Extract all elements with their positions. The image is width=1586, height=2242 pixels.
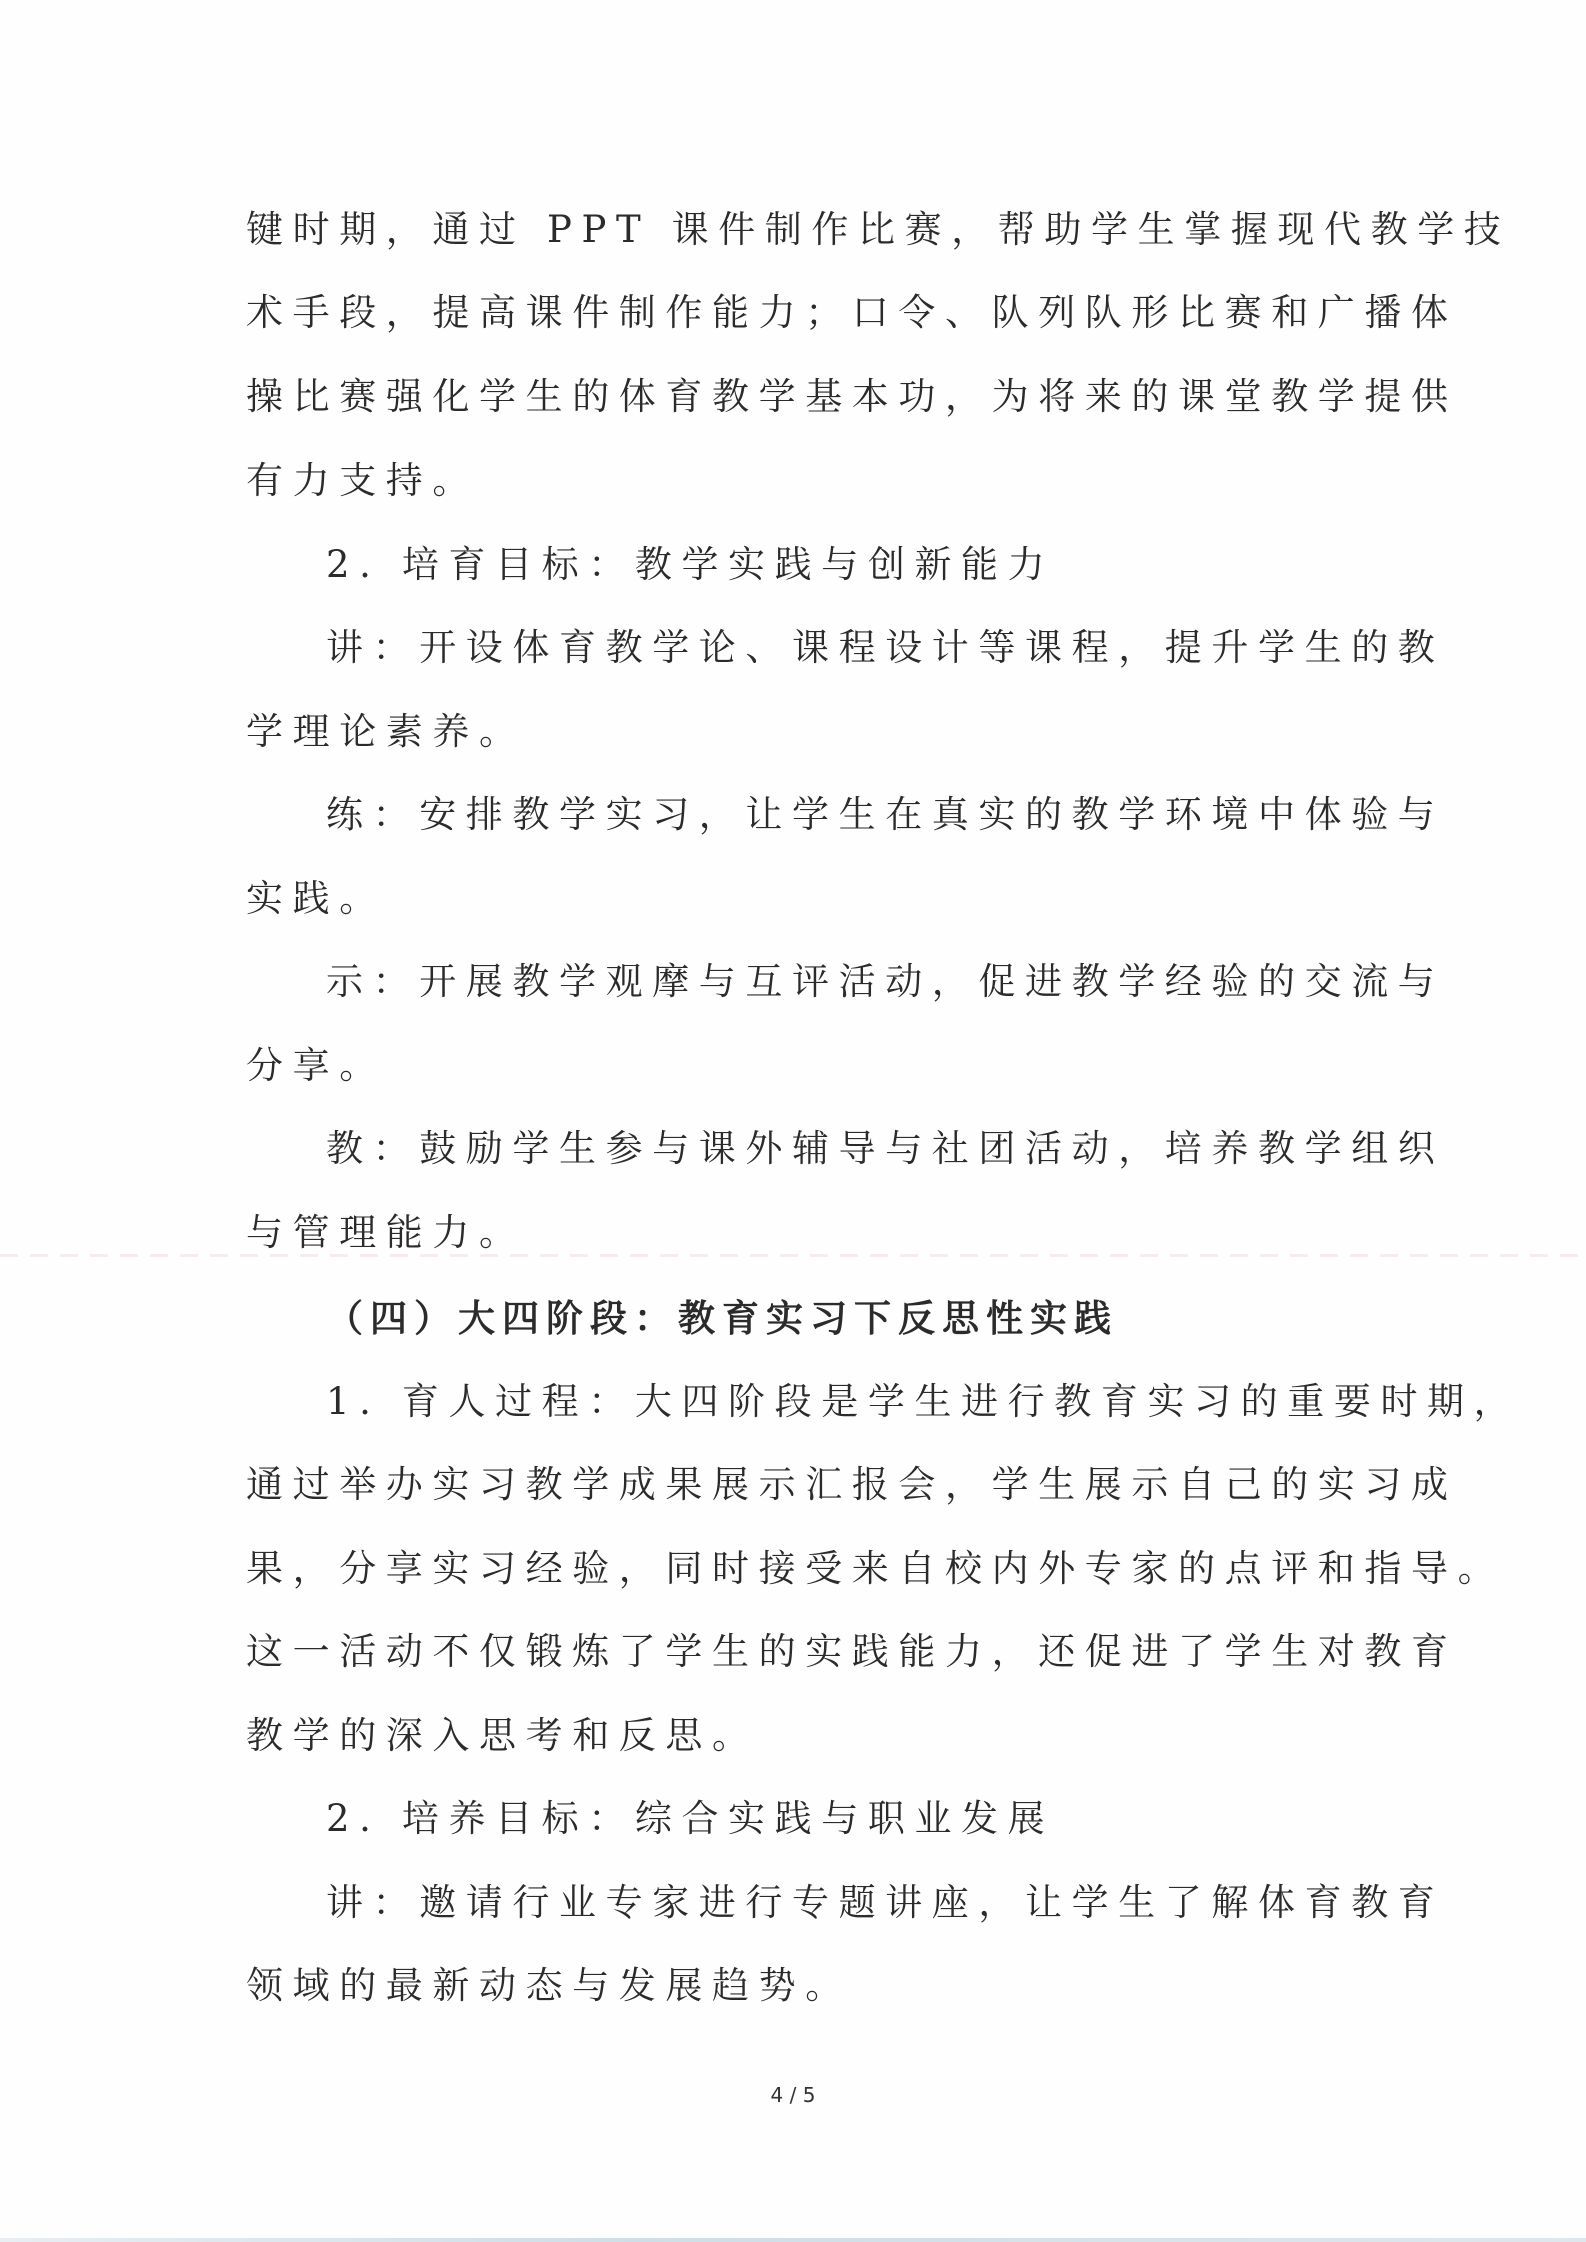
- body-text-line: 键时期，通过 PPT 课件制作比赛，帮助学生掌握现代教学技: [246, 206, 1356, 254]
- body-text-line: 术手段，提高课件制作能力；口令、队列队形比赛和广播体: [246, 289, 1356, 337]
- body-text-line: 讲：开设体育教学论、课程设计等课程，提升学生的教: [326, 624, 1436, 672]
- body-text-line: 分享。: [246, 1042, 1356, 1090]
- scan-artifact-line: [0, 1254, 1586, 1257]
- section-heading: （四）大四阶段：教育实习下反思性实践: [326, 1294, 1436, 1342]
- body-text-line: 学理论素养。: [246, 708, 1356, 756]
- body-text-line: 领域的最新动态与发展趋势。: [246, 1962, 1356, 2010]
- body-text-line: 教：鼓励学生参与课外辅导与社团活动，培养教学组织: [326, 1125, 1436, 1173]
- body-text-line: 1. 育人过程：大四阶段是学生进行教育实习的重要时期，: [326, 1378, 1436, 1426]
- body-text-line: 果，分享实习经验，同时接受来自校内外专家的点评和指导。: [246, 1545, 1356, 1593]
- body-text-line: 教学的深入思考和反思。: [246, 1712, 1356, 1760]
- document-page: 键时期，通过 PPT 课件制作比赛，帮助学生掌握现代教学技 术手段，提高课件制作…: [0, 0, 1586, 2242]
- body-text-line: 示：开展教学观摩与互评活动，促进教学经验的交流与: [326, 958, 1436, 1006]
- body-text-line: 实践。: [246, 875, 1356, 923]
- body-text-line: 练：安排教学实习，让学生在真实的教学环境中体验与: [326, 791, 1436, 839]
- scan-bottom-edge: [0, 2238, 1586, 2242]
- body-text-line: 通过举办实习教学成果展示汇报会，学生展示自己的实习成: [246, 1461, 1356, 1509]
- body-text-line: 这一活动不仅锻炼了学生的实践能力，还促进了学生对教育: [246, 1628, 1356, 1676]
- body-text-line: 有力支持。: [246, 457, 1356, 505]
- page-number: 4 / 5: [0, 2083, 1586, 2107]
- body-text-line: 操比赛强化学生的体育教学基本功，为将来的课堂教学提供: [246, 373, 1356, 421]
- subsection-title: 2. 培养目标：综合实践与职业发展: [326, 1795, 1436, 1843]
- subsection-title: 2. 培育目标：教学实践与创新能力: [326, 541, 1436, 589]
- body-text-line: 讲：邀请行业专家进行专题讲座，让学生了解体育教育: [326, 1879, 1436, 1927]
- body-text-line: 与管理能力。: [246, 1209, 1356, 1257]
